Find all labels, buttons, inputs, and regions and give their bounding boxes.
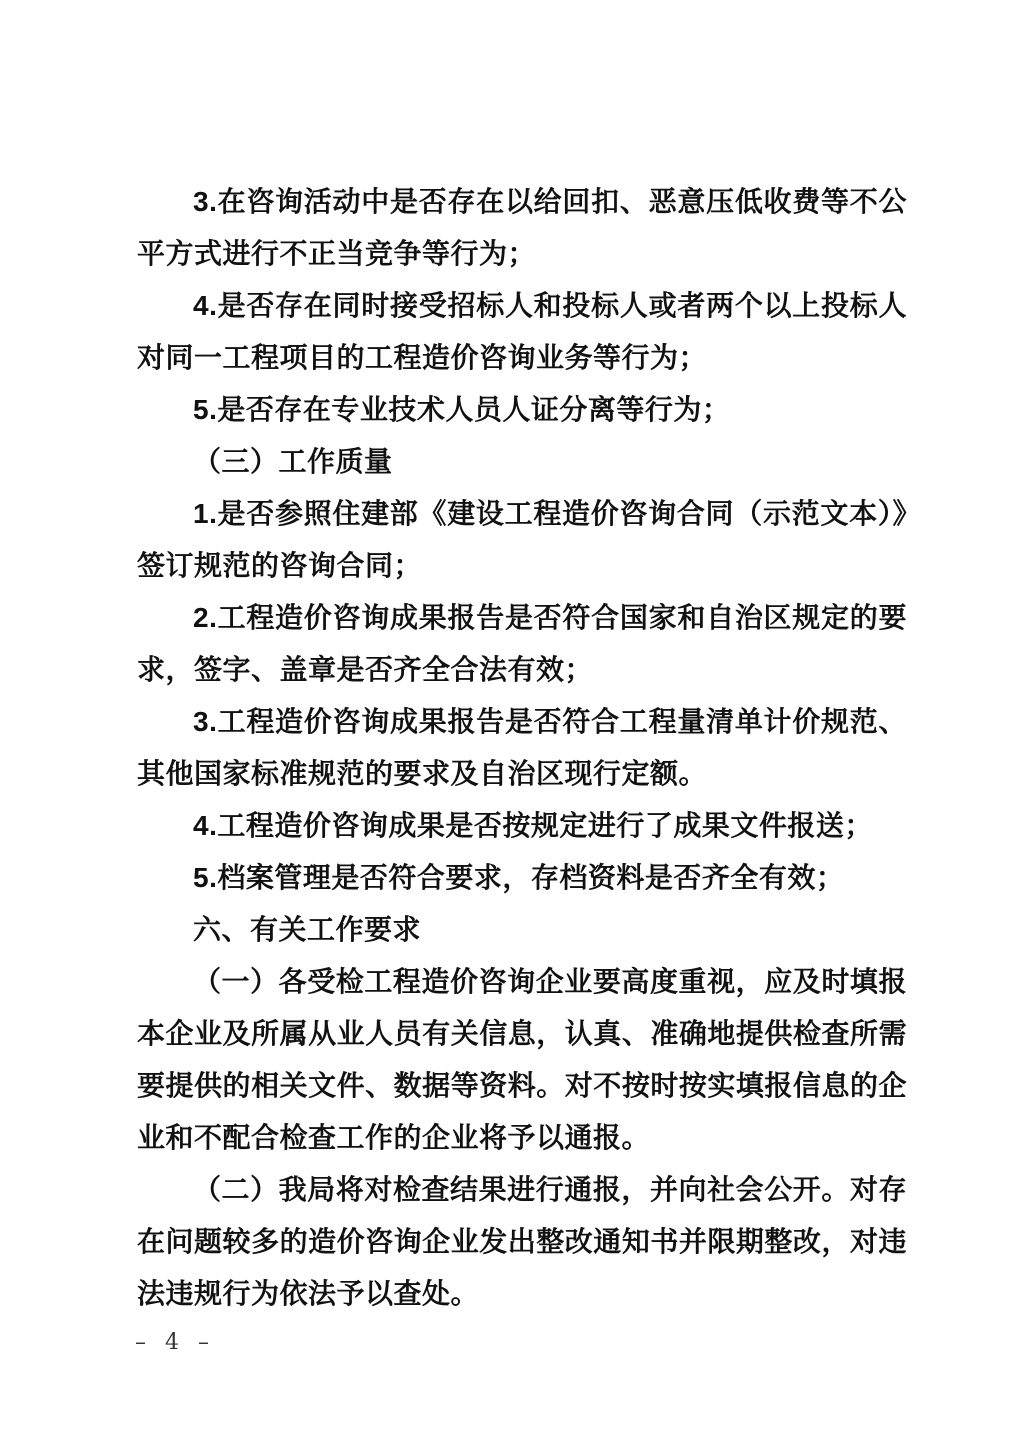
paragraph-2: 4.是否存在同时接受招标人和投标人或者两个以上投标人对同一工程项目的工程造价咨询… (137, 280, 907, 384)
paragraph-10: 六、有关工作要求 (137, 904, 907, 956)
paragraph-1: 3.在咨询活动中是否存在以给回扣、恶意压低收费等不公平方式进行不正当竞争等行为； (137, 176, 907, 280)
page-number-text: – 4 – (135, 1330, 211, 1355)
paragraph-8: 4.工程造价咨询成果是否按规定进行了成果文件报送； (137, 800, 907, 852)
paragraph-4: （三）工作质量 (137, 436, 907, 488)
paragraph-9: 5.档案管理是否符合要求，存档资料是否齐全有效； (137, 852, 907, 904)
paragraph-6: 2.工程造价咨询成果报告是否符合国家和自治区规定的要求，签字、盖章是否齐全合法有… (137, 592, 907, 696)
paragraph-3: 5.是否存在专业技术人员人证分离等行为； (137, 384, 907, 436)
paragraph-11: （一）各受检工程造价咨询企业要高度重视，应及时填报本企业及所属从业人员有关信息，… (137, 956, 907, 1164)
paragraph-5: 1.是否参照住建部《建设工程造价咨询合同（示范文本）》签订规范的咨询合同； (137, 488, 907, 592)
document-page: 3.在咨询活动中是否存在以给回扣、恶意压低收费等不公平方式进行不正当竞争等行为；… (0, 0, 1024, 1448)
page-number: – 4 – (135, 1330, 211, 1355)
paragraph-7: 3.工程造价咨询成果报告是否符合工程量清单计价规范、其他国家标准规范的要求及自治… (137, 696, 907, 800)
paragraph-12: （二）我局将对检查结果进行通报，并向社会公开。对存在问题较多的造价咨询企业发出整… (137, 1164, 907, 1320)
document-body: 3.在咨询活动中是否存在以给回扣、恶意压低收费等不公平方式进行不正当竞争等行为；… (137, 176, 907, 1320)
